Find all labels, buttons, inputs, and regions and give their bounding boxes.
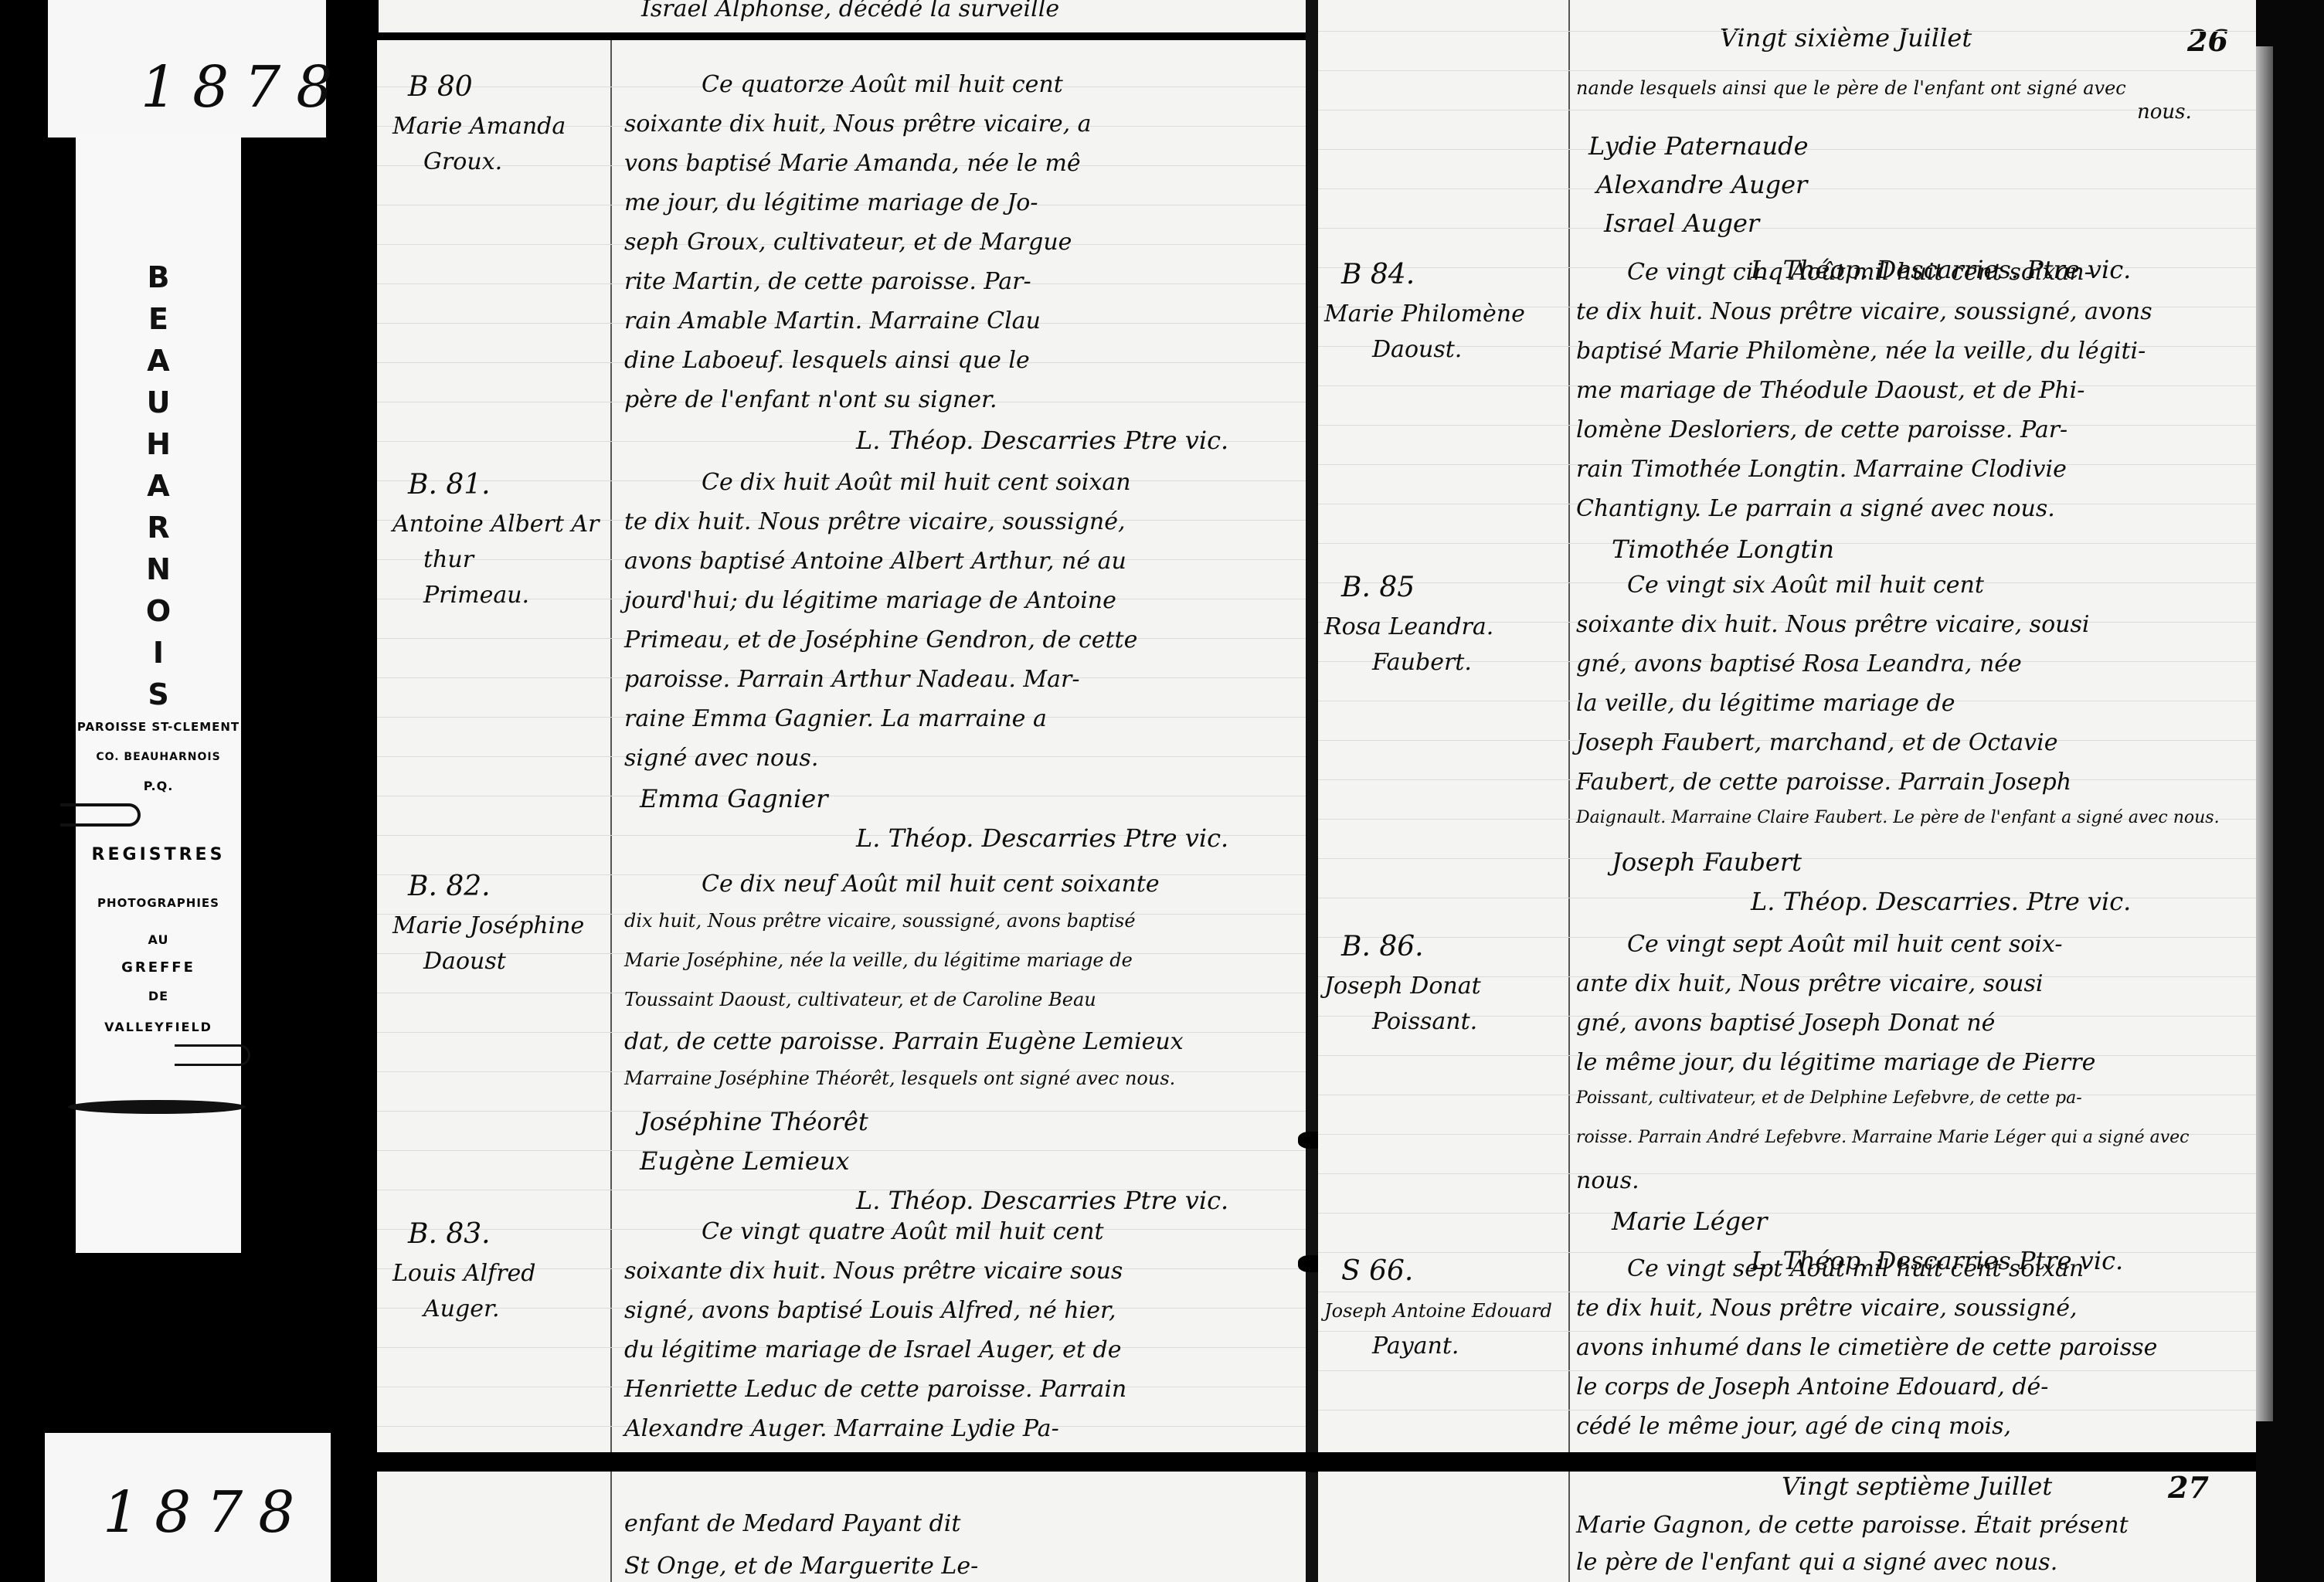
entry-name: Poissant. xyxy=(1372,1005,1477,1039)
next-page-number: 27 xyxy=(2168,1470,2209,1505)
ruled-line xyxy=(1318,1410,2256,1411)
entry-name: Marie Philomène xyxy=(1324,297,1525,331)
record-line: du légitime mariage de Israel Auger, et … xyxy=(624,1336,1121,1363)
title-letter: H xyxy=(76,423,241,465)
record-line: dix huit, Nous prêtre vicaire, soussigné… xyxy=(624,910,1136,932)
entry-name: Auger. xyxy=(423,1292,500,1326)
record-line: baptisé Marie Philomène, née la veille, … xyxy=(1576,338,2146,365)
record-line: Ce quatorze Août mil huit cent xyxy=(702,71,1063,98)
page-header: Vingt sixième Juillet xyxy=(1720,23,1972,53)
next-left-line: enfant de Medard Payant dit xyxy=(624,1510,960,1537)
entry-name: Marie Joséphine xyxy=(392,909,584,943)
entry-name: Louis Alfred xyxy=(392,1257,536,1291)
province-label: P.Q. xyxy=(76,779,241,793)
record-line: le corps de Joseph Antoine Edouard, dé- xyxy=(1576,1373,2048,1400)
paperclip-icon xyxy=(175,1044,250,1066)
record-line: nous. xyxy=(1576,1167,1639,1194)
title-letter: I xyxy=(76,632,241,674)
entry-number: B. 83. xyxy=(408,1218,491,1250)
record-line: lomène Desloriers, de cette paroisse. Pa… xyxy=(1576,416,2067,443)
priest-signature: L. Théop. Descarries. Ptre vic. xyxy=(1751,887,2131,916)
left-register-page: B 80Marie AmandaGroux.Ce quatorze Août m… xyxy=(377,40,1306,1468)
record-line: Ce vingt sept Août mil huit cent soix- xyxy=(1627,931,2063,958)
priest-signature: L. Théop. Descarries Ptre vic. xyxy=(856,1186,1228,1215)
entry-name: Joseph Antoine Edouard xyxy=(1324,1294,1552,1328)
record-line: Henriette Leduc de cette paroisse. Parra… xyxy=(624,1376,1126,1403)
record-line: soixante dix huit. Nous prêtre vicaire, … xyxy=(1576,611,2089,638)
year-card-top: 1878 xyxy=(48,0,326,137)
record-line: Ce dix neuf Août mil huit cent soixante xyxy=(702,871,1160,898)
entry-number: B 84. xyxy=(1341,259,1415,290)
witness-signature: Timothée Longtin xyxy=(1612,535,1834,564)
entry-number: S 66. xyxy=(1341,1255,1413,1287)
next-left-page: enfant de Medard Payant dit St Onge, et … xyxy=(377,1472,1306,1582)
previous-page-text: Israel Alphonse, décédé la surveille xyxy=(641,0,1059,22)
record-line: nande lesquels ainsi que le père de l'en… xyxy=(1576,77,2126,99)
entry-number: B. 85 xyxy=(1341,572,1415,603)
record-line: avons baptisé Antoine Albert Arthur, né … xyxy=(624,548,1126,575)
next-right-line: le père de l'enfant qui a signé avec nou… xyxy=(1576,1549,2057,1576)
record-line: nous. xyxy=(2137,100,2192,124)
margin-rule xyxy=(610,40,612,1468)
record-line: Ce vingt sept Août mil huit cent soixan xyxy=(1627,1255,2084,1282)
record-line: Marraine Joséphine Théorêt, lesquels ont… xyxy=(624,1068,1175,1089)
county-label: CO. BEAUHARNOIS xyxy=(76,751,241,763)
title-letter: R xyxy=(76,507,241,548)
title-letter: B xyxy=(76,256,241,298)
year-label: 1878 xyxy=(103,1479,310,1546)
record-line: rite Martin, de cette paroisse. Par- xyxy=(624,268,1031,295)
entry-name: Primeau. xyxy=(423,579,529,613)
entry-name: Marie Amanda xyxy=(392,110,566,144)
record-line: rain Timothée Longtin. Marraine Clodivie xyxy=(1576,456,2067,483)
record-line: Alexandre Auger. Marraine Lydie Pa- xyxy=(624,1415,1059,1442)
year-label: 1878 xyxy=(141,54,348,121)
de-label: DE xyxy=(76,989,241,1003)
page-divider xyxy=(340,1452,2256,1472)
record-line: Ce dix huit Août mil huit cent soixan xyxy=(702,469,1131,496)
title-letter: S xyxy=(76,674,241,715)
ruled-line xyxy=(377,756,1306,757)
entry-name: Rosa Leandra. xyxy=(1324,610,1493,644)
paperclip-icon xyxy=(60,803,141,827)
au-label: AU xyxy=(76,932,241,947)
record-line: vons baptisé Marie Amanda, née le mê xyxy=(624,150,1081,177)
entry-number: B. 82. xyxy=(408,871,491,902)
record-line: te dix huit. Nous prêtre vicaire, soussi… xyxy=(624,508,1126,535)
previous-page-strip: Israel Alphonse, décédé la surveille xyxy=(379,0,1306,32)
title-letter: U xyxy=(76,382,241,423)
record-line: le même jour, du légitime mariage de Pie… xyxy=(1576,1049,2095,1076)
entry-name: Faubert. xyxy=(1372,646,1472,680)
page-number: 26 xyxy=(2187,23,2228,58)
record-line: soixante dix huit, Nous prêtre vicaire, … xyxy=(624,110,1092,137)
record-line: Primeau, et de Joséphine Gendron, de cet… xyxy=(624,626,1137,654)
record-line: seph Groux, cultivateur, et de Margue xyxy=(624,229,1072,256)
title-letter: O xyxy=(76,590,241,632)
record-line: ante dix huit, Nous prêtre vicaire, sous… xyxy=(1576,970,2043,997)
registres-label: REGISTRES xyxy=(76,845,241,864)
ruled-line xyxy=(377,796,1306,796)
ruled-line xyxy=(1318,70,2256,71)
title-letter: N xyxy=(76,548,241,590)
record-line: paroisse. Parrain Arthur Nadeau. Mar- xyxy=(624,666,1079,693)
witness-signature: Emma Gagnier xyxy=(640,784,828,813)
record-line: te dix huit, Nous prêtre vicaire, soussi… xyxy=(1576,1295,2078,1322)
title-letter: A xyxy=(76,465,241,507)
entry-name: Daoust. xyxy=(1372,333,1462,367)
record-line: Toussaint Daoust, cultivateur, et de Car… xyxy=(624,989,1096,1010)
record-line: Ce vingt quatre Août mil huit cent xyxy=(702,1218,1104,1245)
right-register-page: Vingt sixième Juillet 26 nande lesquels … xyxy=(1318,0,2256,1452)
book-gutter xyxy=(1306,0,1318,1582)
strip-fold xyxy=(68,1100,246,1114)
record-line: père de l'enfant n'ont su signer. xyxy=(624,386,997,413)
record-line: Chantigny. Le parrain a signé avec nous. xyxy=(1576,495,2055,522)
ruled-line xyxy=(1318,228,2256,229)
record-line: roisse. Parrain André Lefebvre. Marraine… xyxy=(1576,1128,2189,1147)
next-right-line: Marie Gagnon, de cette paroisse. Était p… xyxy=(1576,1512,2129,1539)
margin-rule xyxy=(1568,1472,1570,1582)
parish-label: PAROISSE ST-CLEMENT xyxy=(76,720,241,734)
ruled-line xyxy=(1318,1213,2256,1214)
priest-signature: L. Théop. Descarries Ptre vic. xyxy=(856,823,1228,853)
ruled-line xyxy=(1318,31,2256,32)
record-line: la veille, du légitime mariage de xyxy=(1576,690,1955,717)
witness-signature: Alexandre Auger xyxy=(1596,170,1807,199)
priest-signature: L. Théop. Descarries Ptre vic. xyxy=(856,426,1228,455)
record-line: signé, avons baptisé Louis Alfred, né hi… xyxy=(624,1297,1116,1324)
title-letter: E xyxy=(76,298,241,340)
year-card-bottom: 1878 xyxy=(45,1433,331,1582)
entry-number: B 80 xyxy=(408,71,473,103)
margin-rule xyxy=(1568,0,1570,1452)
witness-signature: Marie Léger xyxy=(1612,1207,1767,1236)
record-line: raine Emma Gagnier. La marraine a xyxy=(624,705,1047,732)
next-left-line: St Onge, et de Marguerite Le- xyxy=(624,1553,978,1580)
record-line: me jour, du légitime mariage de Jo- xyxy=(624,189,1038,216)
entry-name: Antoine Albert Ar xyxy=(392,508,599,541)
photographies-label: PHOTOGRAPHIES xyxy=(76,896,241,910)
archive-label-strip: BEAUHARNOIS PAROISSE ST-CLEMENT CO. BEAU… xyxy=(76,133,241,1253)
ruled-line xyxy=(1318,110,2256,110)
record-line: Ce vingt cinq Août mil huit cent soixan- xyxy=(1627,259,2092,286)
entry-name: thur xyxy=(423,543,474,577)
entry-name: Payant. xyxy=(1372,1329,1459,1363)
book-edge xyxy=(2256,0,2324,1582)
record-line: me mariage de Théodule Daoust, et de Phi… xyxy=(1576,377,2084,404)
title-letter: A xyxy=(76,340,241,382)
witness-signature: Joséphine Théorêt xyxy=(640,1107,868,1136)
entry-number: B. 86. xyxy=(1341,931,1424,962)
record-line: cédé le même jour, agé de cinq mois, xyxy=(1576,1413,2011,1440)
vertical-title: BEAUHARNOIS xyxy=(76,256,241,715)
witness-signature: Joseph Faubert xyxy=(1612,847,1802,877)
entry-name: Daoust xyxy=(423,945,506,979)
witness-signature: Israel Auger xyxy=(1604,209,1759,238)
ruled-line xyxy=(1318,1292,2256,1292)
entry-name: Joseph Donat xyxy=(1324,969,1481,1003)
greffe-label: GREFFE xyxy=(76,959,241,976)
record-line: gné, avons baptisé Joseph Donat né xyxy=(1576,1010,1995,1037)
margin-rule xyxy=(610,1472,612,1582)
next-page-header: Vingt septième Juillet xyxy=(1782,1472,2052,1501)
ruled-line xyxy=(1318,1370,2256,1371)
record-line: Daignault. Marraine Claire Faubert. Le p… xyxy=(1576,808,2220,827)
record-line: te dix huit. Nous prêtre vicaire, soussi… xyxy=(1576,298,2152,325)
entry-number: B. 81. xyxy=(408,469,491,501)
witness-signature: Eugène Lemieux xyxy=(640,1146,849,1176)
record-line: Faubert, de cette paroisse. Parrain Jose… xyxy=(1576,769,2071,796)
record-line: signé avec nous. xyxy=(624,745,818,772)
record-line: Joseph Faubert, marchand, et de Octavie xyxy=(1576,729,2057,756)
record-line: dine Laboeuf. lesquels ainsi que le xyxy=(624,347,1030,374)
witness-signature: Lydie Paternaude xyxy=(1588,131,1809,161)
next-right-page: Vingt septième Juillet 27 Marie Gagnon, … xyxy=(1318,1472,2256,1582)
ruled-line xyxy=(1318,1173,2256,1174)
valleyfield-label: VALLEYFIELD xyxy=(76,1020,241,1034)
record-line: Poissant, cultivateur, et de Delphine Le… xyxy=(1576,1088,2082,1108)
record-line: rain Amable Martin. Marraine Clau xyxy=(624,307,1041,334)
record-line: gné, avons baptisé Rosa Leandra, née xyxy=(1576,650,2022,677)
record-line: soixante dix huit. Nous prêtre vicaire s… xyxy=(624,1258,1123,1285)
record-line: dat, de cette paroisse. Parrain Eugène L… xyxy=(624,1028,1184,1055)
record-line: avons inhumé dans le cimetière de cette … xyxy=(1576,1334,2157,1361)
record-line: Marie Joséphine, née la veille, du légit… xyxy=(624,949,1133,971)
record-line: Ce vingt six Août mil huit cent xyxy=(1627,572,1984,599)
entry-name: Groux. xyxy=(423,145,502,179)
record-line: jourd'hui; du légitime mariage de Antoin… xyxy=(624,587,1116,614)
